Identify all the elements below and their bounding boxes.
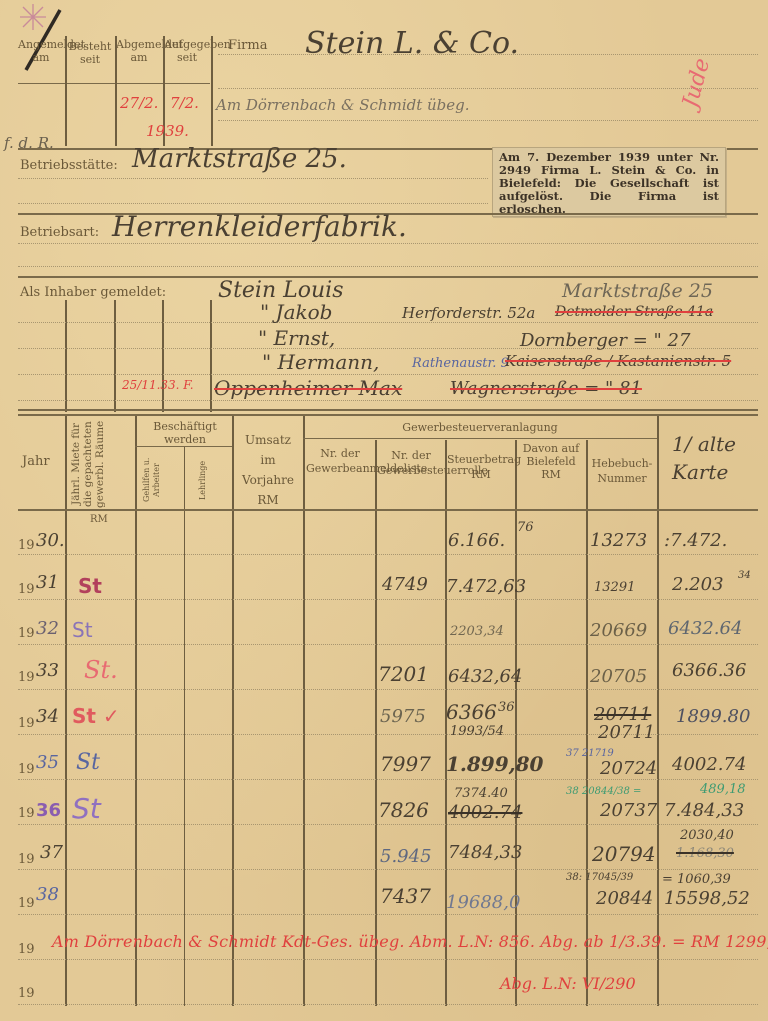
- davon-bielefeld: 76: [517, 520, 534, 535]
- row-rule: [18, 554, 758, 555]
- aufgegeben-date: 7/2.: [170, 94, 199, 112]
- betriebsstaette-value: Marktstraße 25.: [132, 144, 347, 174]
- header-gehilfen: Gehilfen u. Arbeiter: [142, 452, 182, 508]
- steuerbetrag: 7484,33: [448, 842, 522, 863]
- alte-karte-value: 2.203: [672, 574, 724, 595]
- alte-karte-struck: 1.168,30: [676, 846, 734, 861]
- dotted-rule: [218, 88, 758, 89]
- double-rule: [18, 414, 758, 416]
- row-rule: [18, 914, 758, 915]
- row-rule: [18, 959, 758, 960]
- alte-karte-value: 7.484,33: [664, 800, 744, 821]
- hebebuch-nummer: 13273: [590, 530, 647, 551]
- miete-unit: RM: [90, 514, 108, 525]
- col-divider: [211, 36, 213, 146]
- year-prefix: 19: [18, 852, 35, 867]
- betriebsart-value: Herrenkleiderfabrik.: [112, 210, 407, 243]
- steuerrolle: 4749: [382, 574, 428, 595]
- header-besteht-seit: Besteht seit: [66, 40, 114, 66]
- group-header-rule: [303, 438, 657, 439]
- col-divider: [210, 300, 212, 412]
- dotted-rule: [18, 243, 758, 244]
- steuerrolle: 5.945: [380, 846, 432, 867]
- row-rule: [18, 599, 758, 600]
- steuerrolle: 5975: [380, 706, 426, 727]
- inhaber-address: Dornberger = " 27: [520, 330, 690, 351]
- steuerbetrag: 19688,0: [446, 892, 520, 913]
- abgang-note: Abg. L.N: VI/290: [500, 974, 636, 993]
- betriebsart-label: Betriebsart:: [20, 225, 99, 240]
- stamp-st-handwritten: St.: [84, 656, 118, 684]
- stamp-st-checked: St ✓: [72, 704, 120, 728]
- steuerrolle: 7826: [378, 798, 429, 822]
- inhaber-label: Als Inhaber gemeldet:: [20, 285, 166, 300]
- alte-karte-cents: 34: [738, 570, 751, 581]
- registration-card: Angemeldet am Besteht seit Abgemeldet am…: [0, 0, 768, 1021]
- steuerbetrag: 6.166.: [448, 530, 505, 551]
- hebebuch-extra: 38 20844/38 =: [566, 786, 641, 797]
- table-col-divider: [135, 416, 137, 1006]
- year-prefix: 19: [18, 896, 35, 911]
- hebebuch-nummer: 20794: [592, 842, 656, 866]
- firma-value: Stein L. & Co.: [305, 26, 519, 61]
- alte-karte-value: 4002.74: [672, 754, 746, 775]
- hebebuch-nummer: 20669: [590, 620, 647, 641]
- header-nr-steuerrolle: Nr. der Gewerbesteuerrolle: [377, 448, 445, 478]
- steuerbetrag-struck: 4002.74: [448, 802, 522, 823]
- steuerbetrag: 6432,64: [448, 666, 522, 687]
- dotted-rule: [218, 120, 758, 121]
- year-value: 30.: [36, 530, 65, 551]
- steuerbetrag: 7374.40: [454, 786, 508, 801]
- header-davon-bielefeld: Davon auf Bielefeld RM: [517, 442, 585, 481]
- inhaber-address-new: Herforderstr. 52a: [402, 304, 535, 322]
- col-divider: [65, 36, 67, 146]
- inhaber-name: " Ernst,: [258, 326, 335, 350]
- year-value: 38: [36, 884, 59, 905]
- header-abgemeldet: Abgemeldet am: [116, 38, 162, 64]
- inhaber-address-old: Detmolder Straße 41a: [555, 304, 713, 320]
- firma-note: Am Dörrenbach & Schmidt übeg.: [216, 96, 470, 114]
- row-rule: [18, 869, 758, 870]
- year-value: 33: [36, 660, 59, 681]
- steuerbetrag: 1.899,80: [446, 752, 543, 776]
- alte-karte-value: 1899.80: [676, 706, 750, 727]
- stamp-st-handwritten: St: [76, 750, 100, 775]
- hebebuch-nummer: 13291: [594, 580, 635, 595]
- header-divider: [18, 83, 210, 84]
- stamp-st: St: [72, 792, 101, 825]
- stamp-st: St: [78, 574, 102, 598]
- year-value: 35: [36, 752, 59, 773]
- col-divider: [115, 36, 117, 146]
- hebebuch-nummer: 20711: [598, 722, 655, 743]
- header-bottom-rule: [18, 509, 758, 511]
- dotted-rule: [18, 400, 758, 401]
- abmelde-year: 1939.: [146, 122, 189, 140]
- transfer-note: Am Dörrenbach & Schmidt Kdt-Ges. übeg. A…: [52, 932, 768, 951]
- inhaber-address: Marktstraße 25: [562, 280, 713, 302]
- dotted-rule: [18, 322, 758, 323]
- steuerrolle: 7201: [378, 662, 429, 686]
- row-rule: [18, 779, 758, 780]
- inhaber-address-struck: Wagnerstraße = " 81: [450, 378, 642, 399]
- table-col-divider: [65, 416, 67, 1006]
- top-right-note: Jude: [678, 56, 715, 111]
- steuerbetrag: 2203,34: [450, 624, 504, 639]
- alte-karte-value: :7.472.: [664, 530, 727, 551]
- year-prefix: 19: [18, 806, 35, 821]
- year-prefix: 19: [18, 626, 35, 641]
- stamp-st: St: [72, 618, 93, 642]
- year-prefix: 19: [18, 538, 35, 553]
- firma-label: Firma: [228, 38, 267, 53]
- header-nr-anmeldeliste: Nr. der Gewerbeanmeldeliste: [306, 446, 374, 476]
- year-prefix: 19: [18, 942, 35, 957]
- header-steuerbetrag: Steuerbetrag RM: [447, 452, 515, 482]
- inhaber-name-struck: Oppenheimer Max: [214, 376, 402, 400]
- header-umsatz: Umsatz im Vorjahre RM: [236, 430, 300, 510]
- row-rule: [18, 1004, 758, 1005]
- alte-karte-extra: = 1060,39: [662, 872, 731, 887]
- steuerbetrag-cents: 36: [498, 700, 515, 715]
- table-col-divider: [375, 440, 377, 1006]
- steuerbetrag: 7.472,63: [446, 576, 526, 597]
- table-col-divider: [184, 446, 185, 1006]
- inhaber-name: " Jakob: [260, 300, 332, 324]
- dotted-rule: [18, 178, 488, 179]
- row-rule: [18, 824, 758, 825]
- betriebsstaette-label: Betriebsstätte:: [20, 158, 118, 173]
- double-rule: [18, 409, 758, 411]
- hebebuch-nummer: 20844: [596, 888, 653, 909]
- section-rule: [18, 276, 758, 278]
- header-gewerbesteuerveranlagung: Gewerbesteuerveranlagung: [305, 421, 655, 434]
- steuerrolle: 7997: [380, 752, 431, 776]
- inhaber-name: " Hermann,: [262, 350, 379, 374]
- alte-karte-extra: 489,18: [700, 782, 746, 797]
- alte-karte-value: 6432.64: [668, 618, 742, 639]
- table-col-divider: [232, 416, 234, 1006]
- year-value: 32: [36, 618, 59, 639]
- hebebuch-extra: 38: 17045/39: [566, 872, 633, 883]
- year-value-stamp: 36: [36, 800, 61, 821]
- row-rule: [18, 689, 758, 690]
- header-miete: Jährl. Miete für die gepachteten gewerbl…: [70, 418, 132, 510]
- header-lehrlinge: Lehrlinge: [198, 452, 218, 508]
- hebebuch-nummer: 20737: [600, 800, 657, 821]
- dotted-rule: [18, 203, 488, 204]
- year-prefix: 19: [18, 762, 35, 777]
- inhaber-address-new: Rathenaustr. 9: [412, 356, 509, 371]
- alte-karte-value: 2030,40: [680, 828, 734, 843]
- newspaper-clipping: Am 7. Dezember 1939 unter Nr. 2949 Firma…: [492, 147, 726, 217]
- year-value: 37: [40, 842, 63, 863]
- header-hebebuch: Hebebuch-Nummer: [588, 456, 656, 486]
- header-angemeldet: Angemeldet am: [18, 38, 64, 64]
- year-prefix: 19: [18, 670, 35, 685]
- col-divider: [114, 300, 116, 412]
- col-divider: [65, 300, 67, 412]
- abgemeldet-date: 27/2.: [120, 94, 158, 112]
- hebebuch-nummer: 20724: [600, 758, 657, 779]
- dotted-rule: [18, 374, 758, 375]
- year-prefix: 19: [18, 716, 35, 731]
- dotted-rule: [218, 54, 758, 55]
- year-prefix: 19: [18, 582, 35, 597]
- header-beschaeftigt: Beschäftigt werden: [138, 420, 232, 446]
- steuerrolle: 7437: [380, 884, 431, 908]
- alte-karte-value: 15598,52: [664, 888, 750, 909]
- table-col-divider: [303, 416, 305, 1006]
- year-value: 34: [36, 706, 59, 727]
- year-value: 31: [36, 572, 59, 593]
- dotted-rule: [18, 266, 758, 267]
- group-header-rule: [135, 446, 232, 447]
- inhaber-address-old: Kaiserstraße / Kastanienstr. 5: [505, 352, 731, 370]
- table-col-divider: [586, 440, 588, 1006]
- col-divider: [162, 300, 164, 412]
- steuerbetrag-extra: 1993/54: [450, 724, 504, 739]
- header-aufgegeben: Aufgegeben seit: [164, 38, 210, 64]
- alte-karte-value: 6366.36: [672, 660, 746, 681]
- steuerbetrag: 6366: [446, 700, 497, 724]
- header-jahr: Jahr: [22, 454, 50, 469]
- table-col-divider: [657, 416, 659, 1006]
- row-rule: [18, 644, 758, 645]
- year-prefix: 19: [18, 986, 35, 1001]
- hebebuch-nummer: 20705: [590, 666, 647, 687]
- inhaber-date-note: 25/11.33. F.: [122, 378, 194, 392]
- header-alte-karte: 1/ alte Karte: [672, 430, 758, 486]
